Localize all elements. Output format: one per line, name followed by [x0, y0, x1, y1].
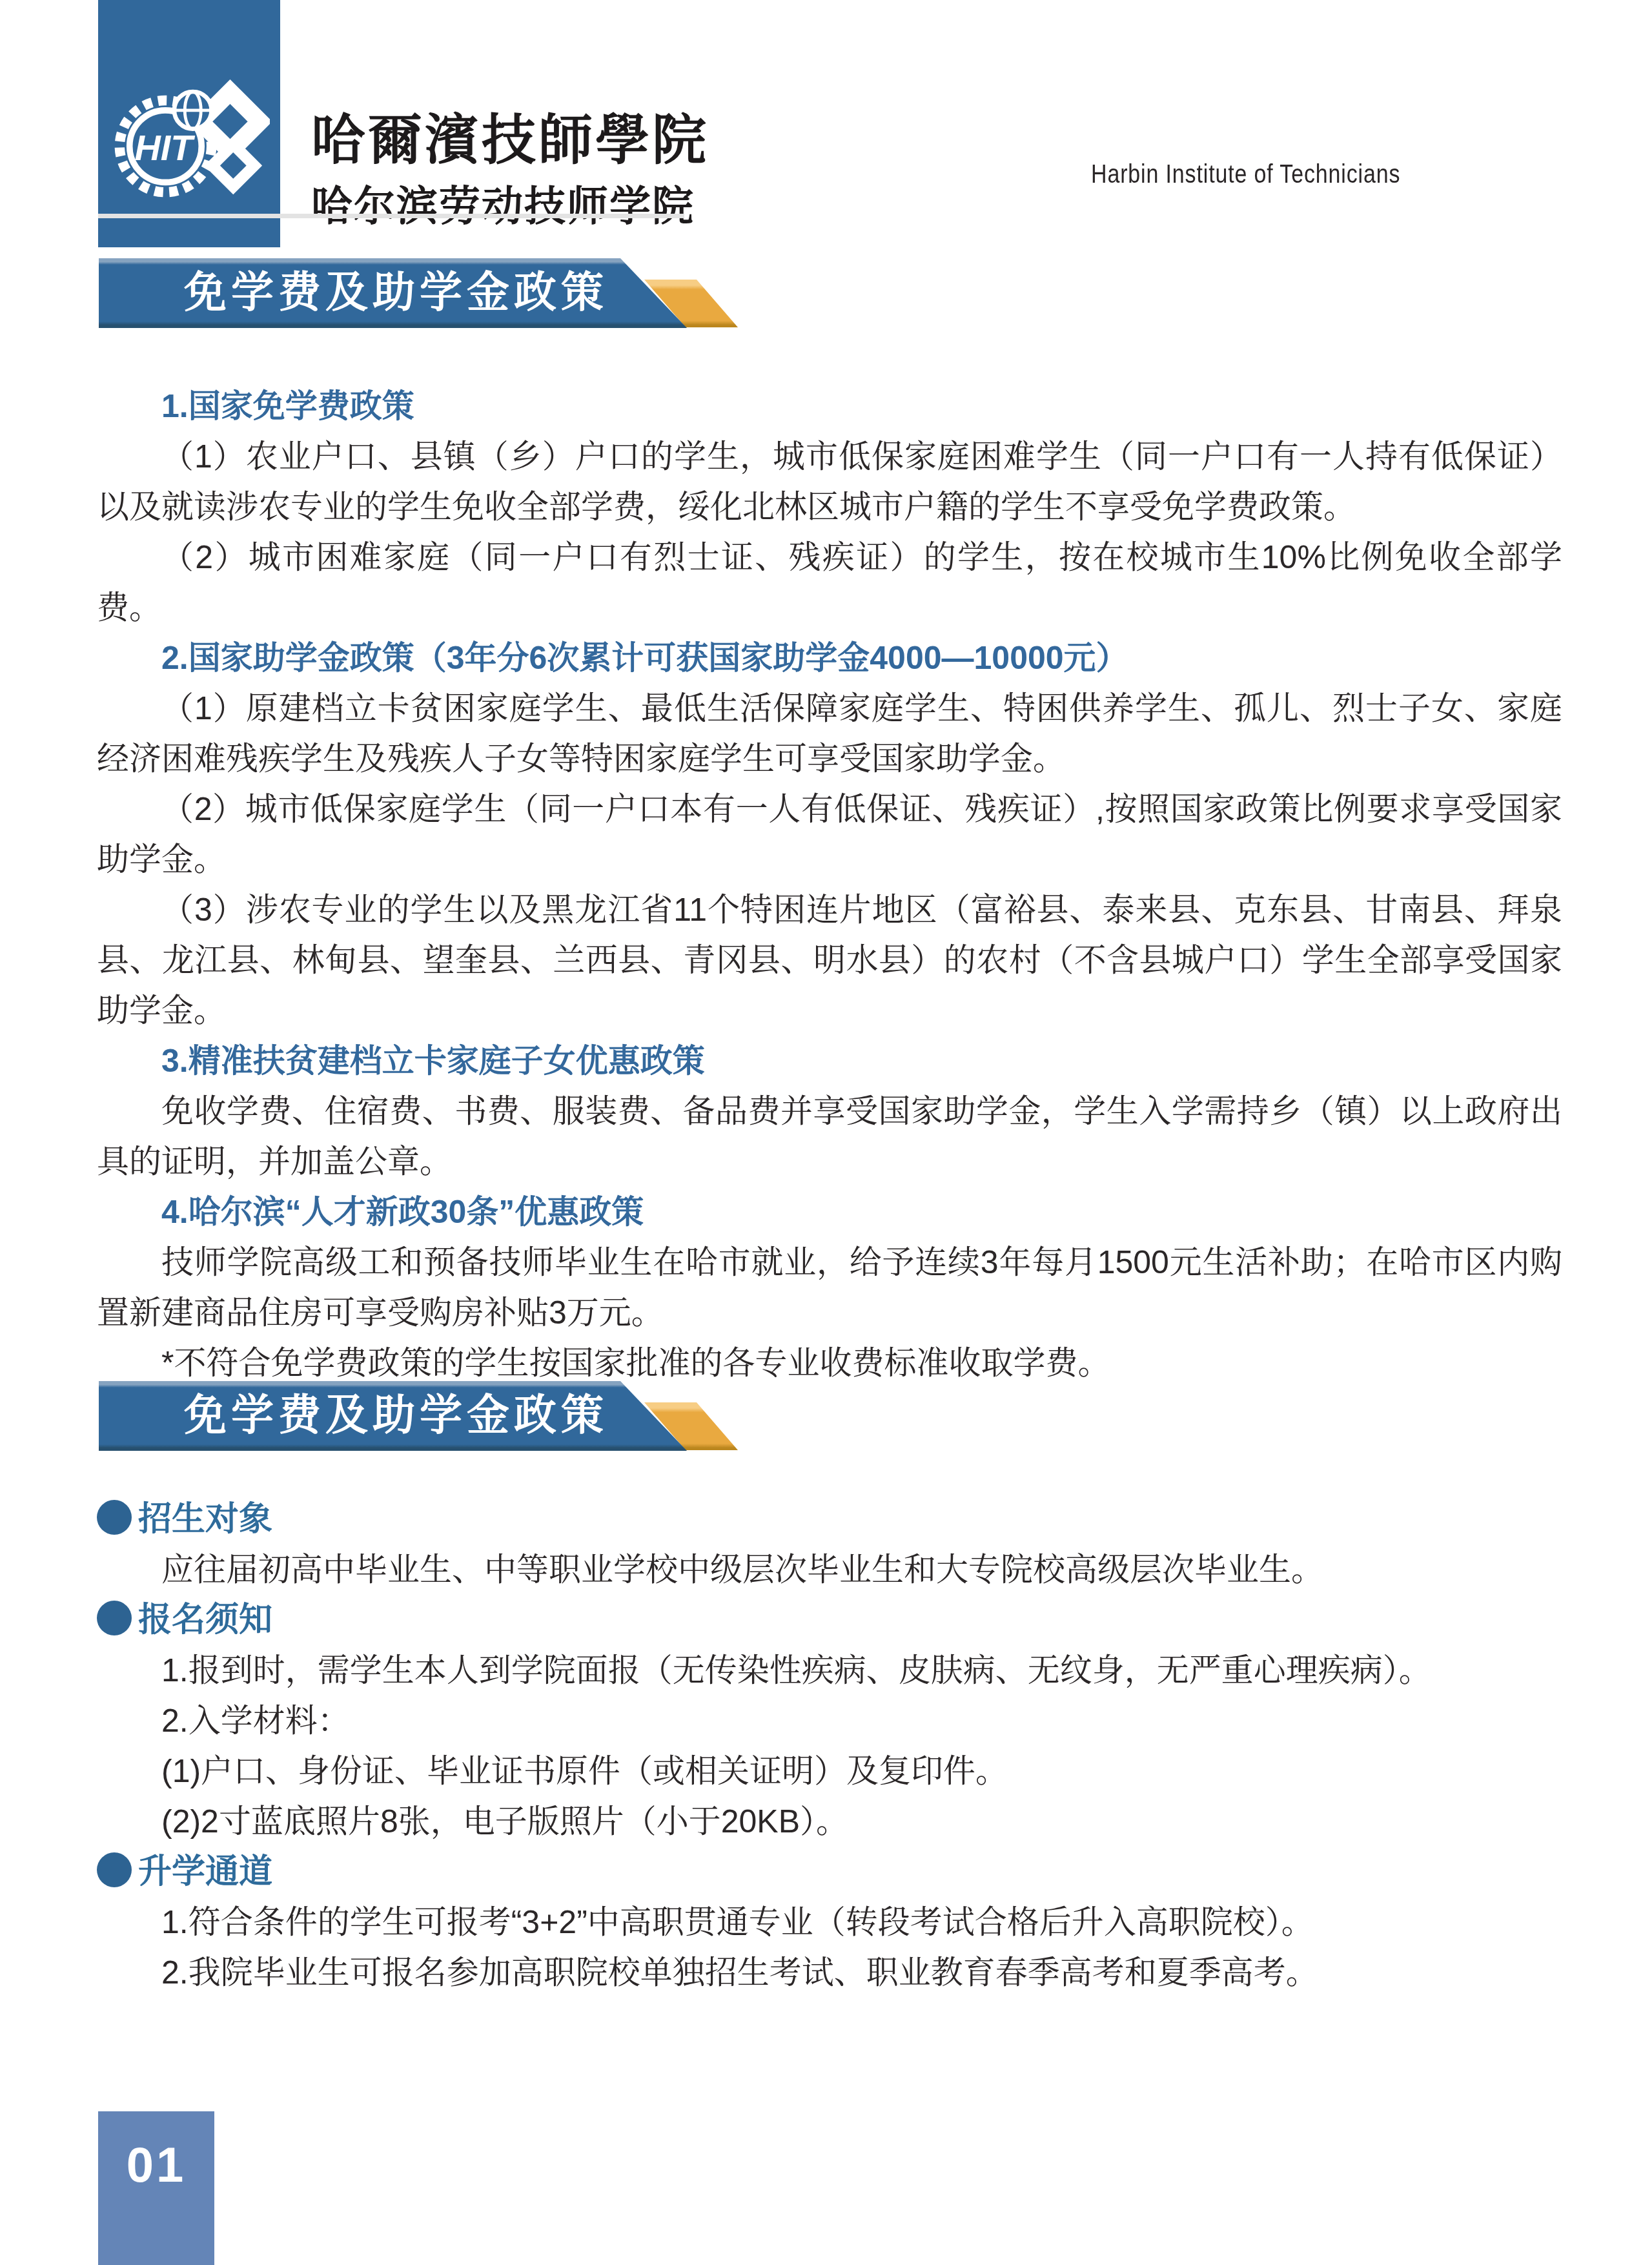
admission-line: 2.我院毕业生可报名参加高职院校单独招生考试、职业教育春季高考和夏季高考。	[97, 1947, 1562, 1998]
policy-paragraph: （1）农业户口、县镇（乡）户口的学生，城市低保家庭困难学生（同一户口有一人持有低…	[97, 431, 1562, 532]
school-english-name: Harbin Institute of Technicians	[1091, 160, 1400, 189]
policy-heading: 3.精准扶贫建档立卡家庭子女优惠政策	[97, 1036, 1562, 1086]
policy-section: 1.国家免学费政策 （1）农业户口、县镇（乡）户口的学生，城市低保家庭困难学生（…	[97, 381, 1562, 1388]
policy-heading: 1.国家免学费政策	[97, 381, 1562, 431]
policy-paragraph: （3）涉农专业的学生以及黑龙江省11个特困连片地区（富裕县、泰来县、克东县、甘南…	[97, 885, 1562, 1036]
section-banner-tuition-policy: 免学费及助学金政策	[99, 258, 744, 329]
logo-globe-icon	[174, 92, 212, 129]
bullet-circle-icon	[97, 1500, 132, 1535]
group-title-text: 报名须知	[138, 1601, 272, 1639]
admission-line: (2)2寸蓝底照片8张，电子版照片（小于20KB）。	[97, 1796, 1562, 1847]
banner-title: 免学费及助学金政策	[99, 1381, 622, 1451]
admission-line: 2.入学材料：	[97, 1696, 1562, 1746]
school-name-calligraphy-line2: 哈尔滨劳动技师学院	[311, 173, 724, 232]
admission-line: 1.符合条件的学生可报考“3+2”中高职贯通专业（转段考试合格后升入高职院校）。	[97, 1897, 1562, 1947]
admission-group-title-further-study: 升学通道	[97, 1847, 1562, 1897]
admission-group-title-target: 招生对象	[97, 1494, 1562, 1544]
header-divider	[98, 214, 684, 218]
policy-paragraph: 免收学费、住宿费、书费、服装费、备品费并享受国家助学金，学生入学需持乡（镇）以上…	[97, 1086, 1562, 1187]
group-title-text: 招生对象	[138, 1501, 272, 1538]
admission-section: 招生对象 应往届初高中毕业生、中等职业学校中级层次毕业生和大专院校高级层次毕业生…	[97, 1494, 1562, 1998]
admission-line: 应往届初高中毕业生、中等职业学校中级层次毕业生和大专院校高级层次毕业生。	[97, 1544, 1562, 1595]
page-number: 01	[98, 2137, 214, 2193]
policy-heading: 2.国家助学金政策（3年分6次累计可获国家助学金4000—10000元）	[97, 633, 1562, 683]
policy-paragraph: （2）城市低保家庭学生（同一户口本有一人有低保证、残疾证）,按照国家政策比例要求…	[97, 784, 1562, 885]
group-title-text: 升学通道	[138, 1853, 272, 1891]
header-logo-block: HIT	[98, 0, 280, 247]
school-logo-icon: HIT	[108, 59, 270, 221]
policy-paragraph: （1）原建档立卡贫困家庭学生、最低生活保障家庭学生、特困供养学生、孤儿、烈士子女…	[97, 683, 1562, 784]
policy-paragraph: （2）城市困难家庭（同一户口有烈士证、残疾证）的学生，按在校城市生10%比例免收…	[97, 532, 1562, 633]
policy-heading: 4.哈尔滨“人才新政30条”优惠政策	[97, 1187, 1562, 1237]
brochure-page: HIT 哈爾濱技師學院 哈尔滨劳动技师学院 Harbin Institute o…	[0, 0, 1652, 2265]
admission-line: 1.报到时，需学生本人到学院面报（无传染性疾病、皮肤病、无纹身，无严重心理疾病）…	[97, 1645, 1562, 1696]
bullet-circle-icon	[97, 1601, 132, 1635]
banner-title: 免学费及助学金政策	[99, 258, 622, 328]
page-number-block: 01	[98, 2111, 214, 2265]
bullet-circle-icon	[97, 1852, 132, 1887]
policy-paragraph: 技师学院高级工和预备技师毕业生在哈市就业，给予连续3年每月1500元生活补助；在…	[97, 1237, 1562, 1338]
section-banner-admission: 免学费及助学金政策	[99, 1381, 744, 1452]
admission-line: (1)户口、身份证、毕业证书原件（或相关证明）及复印件。	[97, 1746, 1562, 1796]
admission-group-title-notice: 报名须知	[97, 1595, 1562, 1645]
logo-hit-letters: HIT	[134, 128, 195, 168]
school-name-calligraphy-line1: 哈爾濱技師學院	[311, 97, 724, 175]
